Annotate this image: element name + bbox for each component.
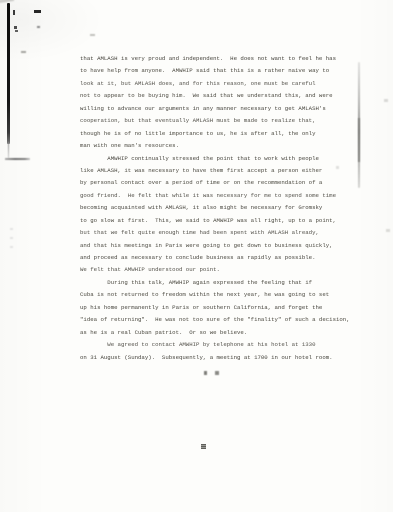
scan-smudge-mark <box>34 10 41 13</box>
typed-text-block: that AMLASH is very proud and independen… <box>80 53 342 364</box>
scan-smudge-mark <box>13 10 15 15</box>
typed-text-line: up his home permanently in Paris or sout… <box>80 302 342 314</box>
typed-text-line: and that his meetings in Paris were goin… <box>80 240 342 252</box>
typed-text-line: but that we felt quite enough time had b… <box>80 227 342 239</box>
typed-text-line: by personal contact over a period of tim… <box>80 177 342 189</box>
left-margin-faint-dots <box>10 228 13 250</box>
scan-smudge-mark <box>14 26 17 29</box>
typed-text-line: AMWHIP continually stressed the point th… <box>80 153 342 165</box>
scan-smudge-mark <box>15 30 18 32</box>
left-horizontal-scan-mark <box>5 158 30 160</box>
typed-text-line: not to appear to be buying him. We said … <box>80 90 342 102</box>
right-edge-scan-streak-dark <box>358 118 360 162</box>
typed-text-line: Cuba is not returned to freedom within t… <box>80 289 342 301</box>
typed-text-line: on 31 August (Sunday). Subsequently, a m… <box>80 352 342 364</box>
typed-text-line: We agreed to contact AMWHIP by telephone… <box>80 339 342 351</box>
typed-text-line: willing to advance our arguments in any … <box>80 103 342 115</box>
typed-text-line: and proceed as necessary to conclude bus… <box>80 252 342 264</box>
typed-text-line: becoming acquainted with AMLASH, it also… <box>80 202 342 214</box>
typed-text-line: to have help from anyone. AMWHIP said th… <box>80 65 342 77</box>
page-number-mark <box>204 371 207 375</box>
typed-text-line: "idea of returning". He was not too sure… <box>80 314 342 326</box>
typed-text-line: to go slow at first. This, we said to AM… <box>80 215 342 227</box>
scan-smudge-mark <box>90 34 95 36</box>
right-edge-scan-streak <box>358 62 360 188</box>
typed-text-line: like AMLASH, it was necessary to have th… <box>80 165 342 177</box>
scan-smudge-mark <box>384 99 388 102</box>
scan-smudge-mark <box>21 51 26 53</box>
scanned-document-page: that AMLASH is very proud and independen… <box>0 0 393 512</box>
typed-text-line: good friend. He felt that while it was n… <box>80 190 342 202</box>
left-edge-scan-line <box>7 3 10 144</box>
left-edge-scan-line-fade <box>8 142 10 158</box>
scan-smudge-mark <box>37 26 40 28</box>
typed-text-line: look at it, but AMLASH does, and for thi… <box>80 78 342 90</box>
typed-text-line: man with one man's resources. <box>80 140 342 152</box>
bottom-page-mark <box>201 444 206 449</box>
top-left-corner-smudge <box>0 0 14 3</box>
page-number-mark <box>215 371 219 375</box>
typed-text-line: We felt that AMWHIP understood our point… <box>80 264 342 276</box>
typed-text-line: that AMLASH is very proud and independen… <box>80 53 342 65</box>
typed-text-line: though he is of no little importance to … <box>80 128 342 140</box>
typed-text-line: During this talk, AMWHIP again expressed… <box>80 277 342 289</box>
scan-smudge-mark <box>386 229 390 232</box>
typed-text-line: as he is a real Cuban patriot. Or so we … <box>80 327 342 339</box>
typed-text-line: cooperation, but that eventually AMLASH … <box>80 115 342 127</box>
